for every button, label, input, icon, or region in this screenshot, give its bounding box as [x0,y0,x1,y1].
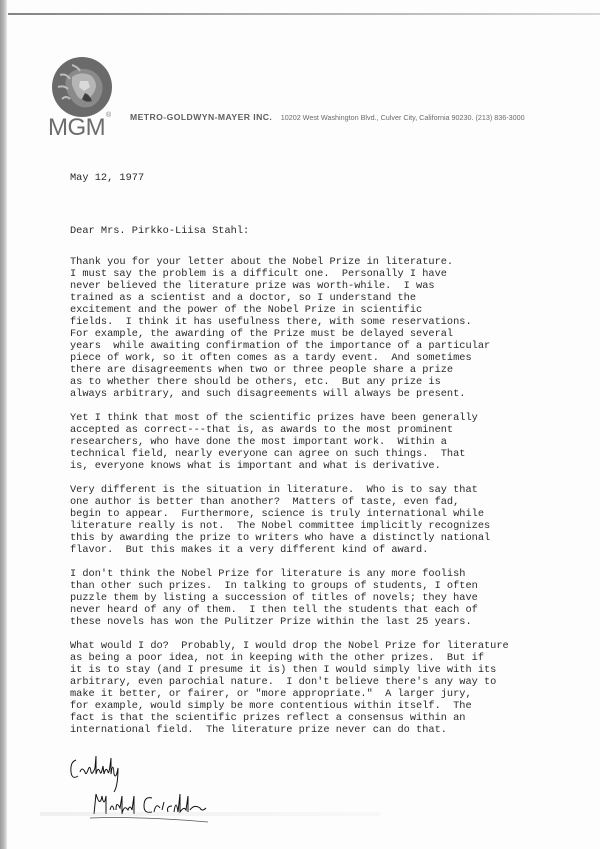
registered-mark: ® [106,112,111,119]
paragraph-5: What would I do? Probably, I would drop … [70,640,509,736]
letterhead: METRO-GOLDWYN-MAYER INC. 10202 West Wash… [130,107,525,125]
mgm-logo: ® MGM [48,55,114,143]
company-address: 10202 West Washington Blvd., Culver City… [281,113,525,122]
scan-left-edge [0,0,7,849]
logo-wordmark: MGM [48,115,105,141]
scan-top-rule [8,13,600,15]
paragraph-1: Thank you for your letter about the Nobe… [70,256,490,400]
company-name: METRO-GOLDWYN-MAYER INC. [130,112,272,122]
lion-head-icon [52,57,112,117]
letter-page: ® MGM METRO-GOLDWYN-MAYER INC. 10202 Wes… [0,0,600,849]
scan-smudge [40,812,380,816]
paragraph-4: I don't think the Nobel Prize for litera… [70,568,478,628]
paragraph-2: Yet I think that most of the scientific … [70,412,478,472]
letter-date: May 12, 1977 [70,172,144,184]
paragraph-3: Very different is the situation in liter… [70,484,490,556]
salutation: Dear Mrs. Pirkko-Liisa Stahl: [70,225,249,237]
